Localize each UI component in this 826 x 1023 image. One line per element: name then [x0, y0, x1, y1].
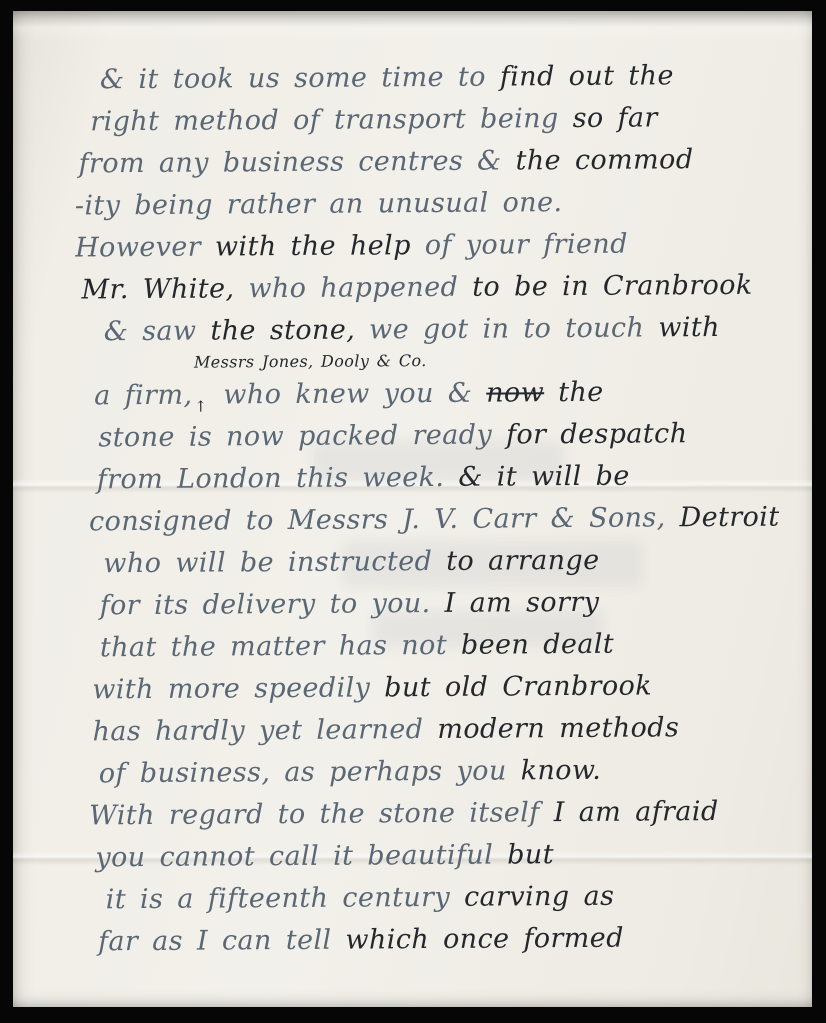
- letter-line: stone is now packed ready for despatch: [98, 413, 787, 460]
- letter-text: who happened: [248, 272, 472, 305]
- letter-text: Detroit: [679, 502, 779, 534]
- letter-text: with the help: [215, 230, 425, 262]
- letter-text: to arrange: [446, 545, 600, 577]
- letter-text: modern methods: [437, 712, 679, 745]
- letter-text: for its delivery to you.: [100, 588, 445, 621]
- letter-text: With regard to the stone itself: [89, 797, 554, 831]
- letter-text: consigned to Messrs J. V. Carr & Sons,: [89, 502, 680, 537]
- letter-text: with: [658, 312, 720, 343]
- caret-mark: ↑: [192, 398, 209, 416]
- letter-text: so far: [573, 102, 658, 134]
- letter-line: -ity being rather an unusual one.: [75, 181, 786, 228]
- letter-line: consigned to Messrs J. V. Carr & Sons, D…: [89, 497, 788, 544]
- letter-line: from London this week. & it will be: [97, 455, 788, 502]
- letter-line: of business, as perhaps you know.: [99, 749, 790, 796]
- letter-line: right method of transport being so far: [90, 97, 785, 144]
- letter-line: However with the help of your friend: [75, 223, 786, 270]
- scan-background: & it took us some time to find out theri…: [0, 0, 826, 1023]
- letter-line: a firm,↑ who knew you & now the: [94, 371, 787, 418]
- letter-text: right method of transport being: [90, 103, 573, 137]
- letter-text: been dealt: [461, 629, 614, 661]
- letter-text: However: [75, 232, 215, 264]
- letter-text: Mr. White,: [81, 273, 248, 305]
- letter-text: but: [507, 839, 554, 870]
- letter-text: the stone,: [210, 314, 369, 346]
- letter-text: which once formed: [345, 923, 624, 956]
- letter-text: [544, 377, 558, 408]
- letter-text: Messrs Jones, Dooly & Co.: [194, 351, 427, 372]
- letter-line: With regard to the stone itself I am afr…: [89, 791, 790, 838]
- letter-text: far as I can tell: [98, 925, 346, 958]
- letter-text: of your friend: [425, 229, 628, 261]
- letter-text: we got in to touch: [369, 312, 658, 345]
- letter-text: it is a fifteenth century: [106, 882, 465, 916]
- letter-text: the: [558, 377, 604, 408]
- letter-text: to be in Cranbrook: [472, 270, 753, 303]
- letter-line: for its delivery to you. I am sorry: [100, 581, 789, 628]
- struck-word: now: [486, 377, 544, 408]
- letter-text: you cannot call it beautiful: [95, 839, 507, 873]
- letter-text: that the matter has not: [100, 630, 461, 664]
- letter-text: but old Cranbrook: [384, 670, 652, 703]
- letter-line: it is a fifteenth century carving as: [106, 875, 791, 922]
- letter-text: who knew you &: [209, 378, 486, 411]
- letter-text: I am sorry: [444, 587, 599, 619]
- letter-text: from London this week.: [97, 462, 459, 496]
- letter-text: & saw: [104, 316, 211, 348]
- letter-line: with more speedily but old Cranbrook: [92, 665, 789, 712]
- letter-text: know.: [521, 755, 602, 787]
- letter-text: has hardly yet learned: [92, 714, 437, 747]
- letter-text: & it will be: [458, 461, 630, 493]
- letter-text: a firm,: [94, 380, 192, 412]
- letter-text: who will be instructed: [103, 546, 446, 579]
- letter-text: carving as: [464, 881, 614, 913]
- letter-line: that the matter has not been dealt: [100, 623, 789, 670]
- letter-text: with more speedily: [92, 672, 384, 705]
- paper-top-fold-shadow: [13, 11, 812, 41]
- letter-line: Mr. White, who happened to be in Cranbro…: [81, 265, 786, 312]
- letter-text: & it took us some time to: [100, 62, 500, 96]
- letter-text: for despatch: [506, 418, 688, 450]
- letter-line: far as I can tell which once formed: [98, 917, 791, 964]
- letter-body: & it took us some time to find out theri…: [72, 55, 791, 964]
- letter-text: I am afraid: [554, 796, 719, 828]
- letter-line: & it took us some time to find out the: [100, 55, 785, 102]
- letter-text: -ity being rather an unusual one.: [75, 187, 563, 221]
- letter-line: has hardly yet learned modern methods: [92, 707, 789, 754]
- letter-line: from any business centres & the commod: [78, 139, 785, 186]
- letter-text: from any business centres &: [78, 145, 515, 179]
- letter-page: & it took us some time to find out theri…: [13, 11, 812, 1007]
- letter-text: the commod: [515, 144, 693, 176]
- letter-line: who will be instructed to arrange: [103, 539, 788, 586]
- letter-text: stone is now packed ready: [98, 419, 506, 453]
- letter-text: find out the: [500, 60, 674, 92]
- letter-text: of business, as perhaps you: [99, 755, 521, 789]
- letter-line: & saw the stone, we got in to touch with: [104, 307, 787, 354]
- letter-line: you cannot call it beautiful but: [95, 833, 790, 880]
